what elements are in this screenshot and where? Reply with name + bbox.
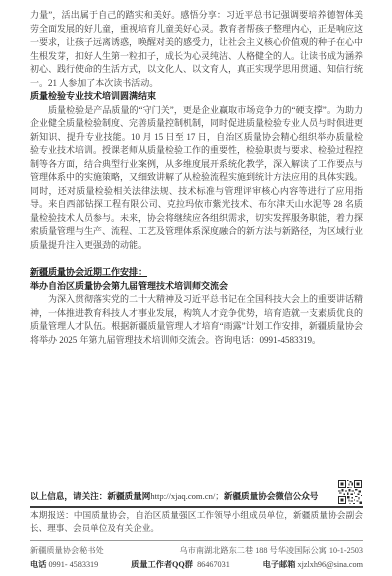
site-name: 新疆质量网: [107, 491, 150, 501]
qq-group-number: 86467031: [197, 560, 230, 569]
email-address: xjzlxh96@sina.com: [297, 560, 363, 569]
secretariat-name: 新疆质量协会秘书处: [30, 545, 104, 557]
follow-label: 以上信息，请关注：: [30, 491, 107, 501]
phone-pair: 电话 0991- 4583319: [30, 559, 98, 571]
paragraph-trainer-exchange: 为深入贯彻落实党的二十大精神及习近平总书记在全国科技大会上的重要讲话精神，一体推…: [30, 293, 363, 347]
document-body: 力量”，活出属于自己的踏实和美好。感悟分享：习近平总书记强调要培养德智体美劳全面…: [30, 9, 363, 347]
qq-group-label: 质量工作者QQ群: [131, 560, 193, 569]
distribution-note: 本期报送：中国质量协会，自治区质量强区工作领导小组成员单位，新疆质量协会副会长、…: [30, 509, 363, 535]
phone-label: 电话: [30, 560, 46, 569]
site-url: http://xjaq.com.cn/；: [150, 491, 224, 501]
footer-follow-line: 以上信息，请关注：新疆质量网http://xjaq.com.cn/；新疆质量协会…: [30, 490, 363, 508]
phone-number: 0991- 4583319: [48, 560, 98, 569]
contact-row-channels: 电话 0991- 4583319 质量工作者QQ群 86467031 电子邮箱 …: [30, 559, 363, 571]
footer-contact-block: 新疆质量协会秘书处 乌市南湖北路东二巷 188 号华凌国际公寓 10-1-250…: [30, 540, 363, 571]
wechat-label: 新疆质量协会微信公众号: [224, 491, 319, 501]
section-heading-upcoming-work: 新疆质量协会近期工作安排：: [30, 266, 363, 280]
contact-row-address: 新疆质量协会秘书处 乌市南湖北路东二巷 188 号华凌国际公寓 10-1-250…: [30, 545, 363, 557]
email-label: 电子邮箱: [263, 560, 296, 569]
wechat-qr-code-icon: [338, 480, 362, 504]
office-address: 乌市南湖北路东二巷 188 号华凌国际公寓 10-1-2503: [179, 545, 363, 557]
paragraph-reading-activity: 力量”，活出属于自己的踏实和美好。感悟分享：习近平总书记强调要培养德智体美劳全面…: [30, 9, 363, 90]
qq-pair: 质量工作者QQ群 86467031: [131, 559, 230, 571]
newsletter-page: 力量”，活出属于自己的踏实和美好。感悟分享：习近平总书记强调要培养德智体美劳全面…: [0, 0, 392, 576]
email-pair: 电子邮箱 xjzlxh96@sina.com: [263, 559, 363, 571]
section-subheading-trainer-exchange: 举办自治区质量协会第九届管理技术培训师交流会: [30, 280, 363, 294]
section-heading-inspection-training: 质量检验专业技术培训圆满结束: [30, 90, 363, 104]
paragraph-inspection-training: 质量检验是产品质量的“守门关”，更是企业赢取市场竞争力的“硬支撑”。为助力企业健…: [30, 104, 363, 253]
